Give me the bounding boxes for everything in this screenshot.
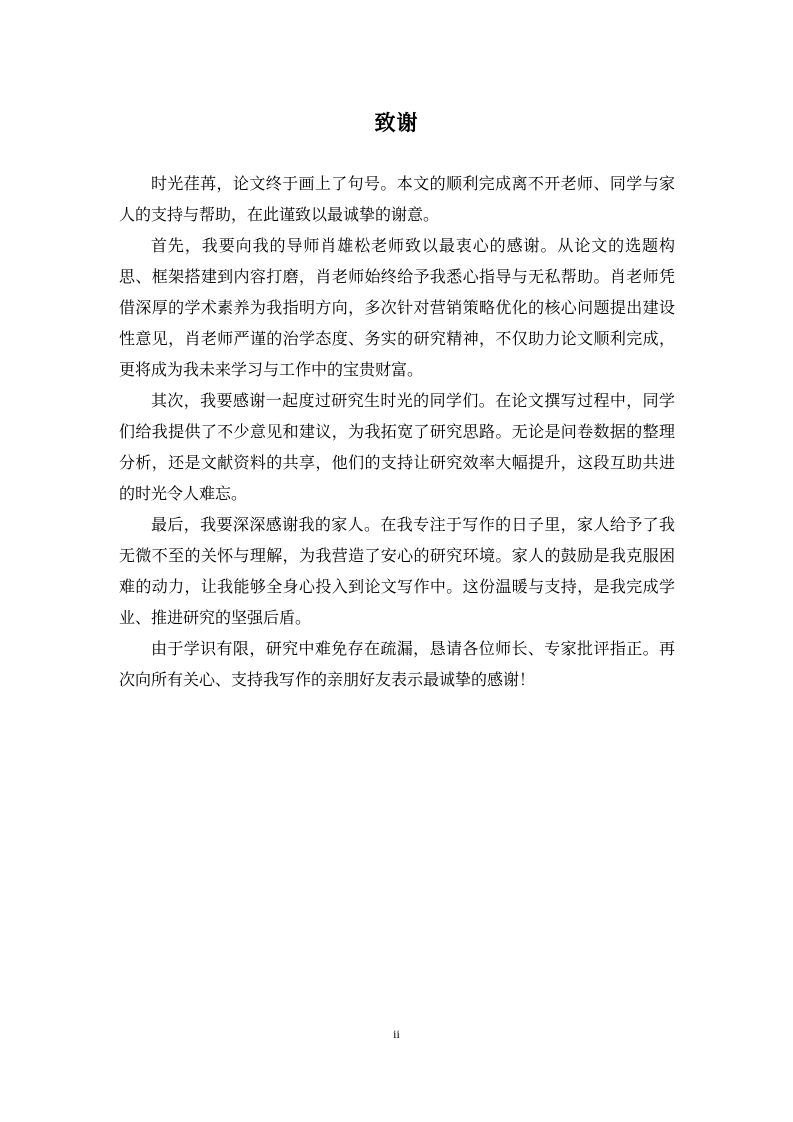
document-page: 致谢 时光荏苒，论文终于画上了句号。本文的顺利完成离不开老师、同学与家人的支持与…	[0, 0, 793, 1122]
paragraph-intro: 时光荏苒，论文终于画上了句号。本文的顺利完成离不开老师、同学与家人的支持与帮助，…	[119, 168, 675, 230]
paragraph-family: 最后，我要深深感谢我的家人。在我专注于写作的日子里，家人给予了我无微不至的关怀与…	[119, 509, 675, 633]
page-title: 致谢	[0, 110, 793, 136]
paragraph-closing: 由于学识有限，研究中难免存在疏漏，恳请各位师长、专家批评指正。再次向所有关心、支…	[119, 633, 675, 695]
paragraph-advisor: 首先，我要向我的导师肖雄松老师致以最衷心的感谢。从论文的选题构思、框架搭建到内容…	[119, 230, 675, 385]
acknowledgements-body: 时光荏苒，论文终于画上了句号。本文的顺利完成离不开老师、同学与家人的支持与帮助，…	[119, 168, 675, 695]
page-number: ii	[0, 1026, 793, 1042]
paragraph-classmates: 其次，我要感谢一起度过研究生时光的同学们。在论文撰写过程中，同学们给我提供了不少…	[119, 385, 675, 509]
